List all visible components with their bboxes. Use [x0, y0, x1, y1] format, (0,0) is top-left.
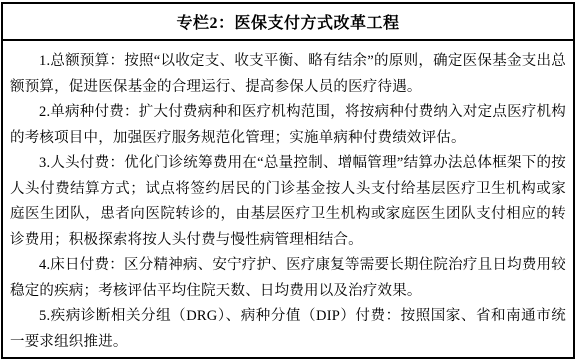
column-box: 专栏2：医保支付方式改革工程 1.总额预算：按照“以收定支、收支平衡、略有结余”… [1, 2, 575, 359]
paragraph-capitation-payment: 3.人头付费：优化门诊统筹费用在“总量控制、增幅管理”结算办法总体框架下的按人头… [10, 151, 566, 253]
column-header: 专栏2：医保支付方式改革工程 [3, 4, 573, 41]
paragraph-single-disease-payment: 2.单病种付费：扩大付费病种和医疗机构范围，将按病种付费纳入对定点医疗机构的考核… [10, 100, 566, 151]
paragraph-drg-dip-payment: 5.疾病诊断相关分组（DRG）、病种分值（DIP）付费：按照国家、省和南通市统一… [10, 304, 566, 355]
column-title: 专栏2：医保支付方式改革工程 [176, 10, 399, 33]
paragraph-bed-day-payment: 4.床日付费：区分精神病、安宁疗护、医疗康复等需要长期住院治疗且日均费用较稳定的… [10, 253, 566, 304]
paragraph-total-budget: 1.总额预算：按照“以收定支、收支平衡、略有结余”的原则，确定医保基金支出总额预… [10, 49, 566, 100]
column-body: 1.总额预算：按照“以收定支、收支平衡、略有结余”的原则，确定医保基金支出总额预… [3, 41, 573, 355]
